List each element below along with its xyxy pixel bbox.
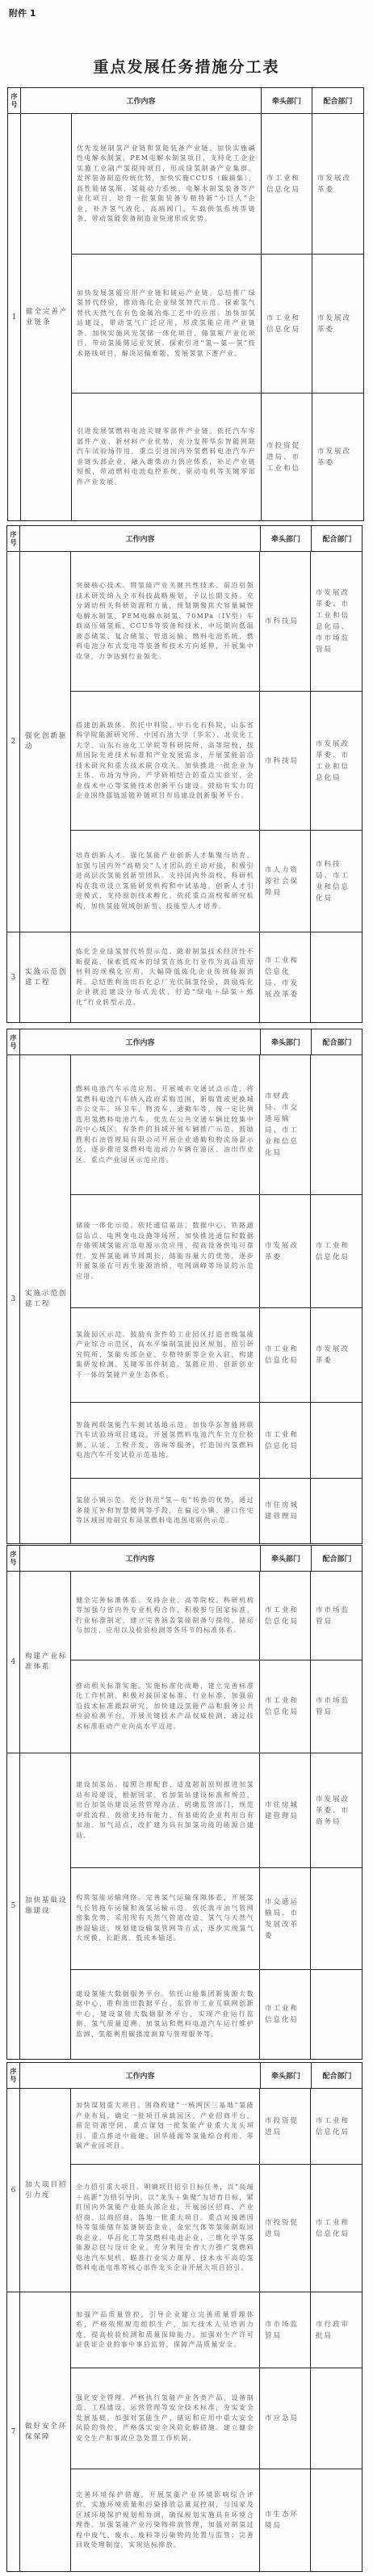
- task-group: 2强化创新驱动突破核心技术。将氢能产业关键共性技术、前沿引领技术研发纳入全市科技…: [7, 552, 362, 932]
- task-number: 3: [7, 932, 20, 1022]
- table-segment: 序号工作内容牵头部门配合部门3实施示范创建工程燃料电池汽车示范应用。开展城市交通…: [6, 1029, 363, 1544]
- table-row: 燃料电池汽车示范应用。开展城市交通试点示范，将氢燃料电池汽车纳入政府采购范围，新…: [71, 1055, 362, 1195]
- lead-department: 市科技局: [260, 692, 311, 830]
- table-row: 全力招引重大项目。明确项目招引目标任务，以“高端＋高新”为招引导向，以“龙头＋集…: [71, 2165, 362, 2292]
- header-no: 序号: [7, 2063, 20, 2088]
- table-row: 构筑氢能运输网络。完善氢气运输保障体系，开展氢气长管拖车运输和液氢运输示范。依托…: [71, 1868, 362, 1970]
- header-lead: 牵头部门: [262, 88, 312, 113]
- table-row: 突破核心技术。将氢能产业关键共性技术、前沿引领技术研发纳入全市科技战略规划，予以…: [71, 552, 362, 692]
- task-number: 1: [8, 114, 21, 520]
- table-row: 智能网联氢能汽车测试基地示范。加快华东智能网联汽车试验场项目建设，开展氢燃料电池…: [71, 1403, 362, 1479]
- table-row: 加快发展氢能应用产业链和储运产业链。总结推广绿氢替代经验，推动炼化企业绿氢替代示…: [72, 255, 363, 394]
- header-work: 工作内容: [20, 2063, 261, 2088]
- lead-department: 市工业和信息化局: [260, 1970, 311, 2059]
- table-row: 引进发展氢燃料电池关键零部件产业链。依托汽车零部件产业、新材料产业优势，充分发挥…: [72, 394, 363, 520]
- table-segment: 序号工作内容牵头部门配合部门2强化创新驱动突破核心技术。将氢能产业关键共性技术、…: [6, 525, 363, 1023]
- cooperating-department: [311, 2469, 362, 2571]
- task-category: 实施示范创建工程: [20, 932, 71, 1022]
- task-group: 1健全完善产业链条优先发展制氢产业链和氢能装备产业链。加快实施碱性电解水制氢、P…: [8, 114, 363, 520]
- table-row: 炼化企业绿氢替代转型示范。随着制氢技术经济性不断提高，探索低成本的绿氢在炼化行业…: [71, 932, 362, 1022]
- cooperating-department: 市市场监管局: [311, 1572, 362, 1660]
- task-category: 构建产业标准体系: [20, 1572, 71, 1753]
- work-content: 全力招引重大项目。明确项目招引目标任务，以“高端＋高新”为招引导向，以“龙头＋集…: [71, 2165, 260, 2292]
- cooperating-department: 市发展改革委、市工业和信息化局: [311, 692, 362, 830]
- lead-department: 市工业和信息化局: [260, 1661, 311, 1753]
- work-content: 强化安全管理。严格执行氢能产业各类产品、设备制造、工程建设、运营管理等安全技术标…: [71, 2368, 260, 2469]
- lead-department: 市人力资源社会保障局: [260, 831, 311, 932]
- task-number: 5: [7, 1753, 20, 2059]
- work-content: 燃料电池汽车示范应用。开展城市交通试点示范，将氢燃料电池汽车纳入政府采购范围，新…: [71, 1055, 260, 1194]
- cooperating-department: [311, 1055, 362, 1194]
- work-content: 培育创新人才。强化氢能产业创新人才集聚与培育，加强与国内外“高精尖”人才团队的主…: [71, 831, 260, 932]
- work-content: 氢能园区示范。鼓励有条件的工业园区打造省级氢能产业综合示范区，高水平编制氢能园区…: [71, 1308, 260, 1402]
- cooperating-department: 市发展改革委: [311, 1308, 362, 1402]
- lead-department: 市交通运输局、市发展改革委: [260, 1868, 311, 1969]
- cooperating-department: 市市场监管局: [311, 1661, 362, 1753]
- table-header: 序号工作内容牵头部门配合部门: [7, 1546, 362, 1572]
- table-row: 健全完善标准体系。支持企业、高等院校、科研机构等加强与省内外专业机构合作，积极参…: [71, 1572, 362, 1661]
- lead-department: 市住房城建管理局: [260, 1753, 311, 1867]
- cooperating-department: [311, 1868, 362, 1969]
- table-row: 加快谋划重大项目。围绕构建“一核两区三基地”氢能产业布局，确定一批项目承载园区、…: [71, 2089, 362, 2165]
- annex-label: 附件 1: [9, 6, 36, 19]
- task-rows: 优先发展制氢产业链和氢能装备产业链。加快实施碱性电解水制氢、PEM电解水制氢项目…: [72, 114, 363, 520]
- lead-department: 市市场监管局: [260, 2292, 311, 2368]
- table-row: 储能一体化示范。依托通信基站、数据中心、铁路通信站点、电网变电设施等场所，加快推…: [71, 1195, 362, 1308]
- table-row: 完善环境保护措施。开展氢能产业环境影响综合评价，实施环境质量和污染排放总量双控制…: [71, 2469, 362, 2571]
- cooperating-department: 市科技局、市工业和信息化局: [311, 831, 362, 932]
- table-row: 氢能园区示范。鼓励有条件的工业园区打造省级氢能产业综合示范区，高水平编制氢能园区…: [71, 1308, 362, 1403]
- lead-department: 市工业和信息化局: [260, 1308, 311, 1402]
- cooperating-department: [311, 1970, 362, 2059]
- cooperating-department: [311, 932, 362, 1022]
- table-header: 序号工作内容牵头部门配合部门: [7, 1029, 362, 1055]
- work-content: 加强产品质量管控。引导企业建立完善质量管理体系，严格依照规范组织生产，加大技术人…: [71, 2292, 260, 2368]
- work-content: 炼化企业绿氢替代转型示范。随着制氢技术经济性不断提高，探索低成本的绿氢在炼化行业…: [71, 932, 260, 1022]
- cooperating-department: 市发展改革委、市工业和信息化局、市市场监管局: [311, 552, 362, 691]
- lead-department: 市投资促进局、市工业和信: [262, 394, 312, 520]
- table-row: 建设氢能大数据服务平台。依托山能集团新能源大数据中心、胜利油田数据平台、东营市工…: [71, 1970, 362, 2059]
- header-lead: 牵头部门: [261, 1029, 312, 1054]
- table-header: 序号工作内容牵头部门配合部门: [7, 2063, 362, 2089]
- cooperating-department: 市发展改革委、市商务局: [311, 1753, 362, 1867]
- header-coop: 配合部门: [312, 88, 363, 113]
- task-group: 3实施示范创建工程炼化企业绿氢替代转型示范。随着制氢技术经济性不断提高，探索低成…: [7, 932, 362, 1022]
- task-rows: 加强产品质量管控。引导企业建立完善质量管理体系，严格依照规范组织生产，加大技术人…: [71, 2292, 362, 2571]
- header-work: 工作内容: [20, 1029, 261, 1054]
- lead-department: 市应急局: [260, 2368, 311, 2469]
- header-no: 序号: [7, 1546, 20, 1571]
- task-group: 7做好安全环保保障加强产品质量管控。引导企业建立完善质量管理体系，严格依照规范组…: [7, 2292, 362, 2571]
- work-content: 建设氢能大数据服务平台。依托山能集团新能源大数据中心、胜利油田数据平台、东营市工…: [71, 1970, 260, 2059]
- header-no: 序号: [7, 526, 20, 551]
- task-rows: 加快谋划重大项目。围绕构建“一核两区三基地”氢能产业布局，确定一批项目承载园区、…: [71, 2089, 362, 2292]
- header-no: 序号: [8, 88, 21, 113]
- task-rows: 突破核心技术。将氢能产业关键共性技术、前沿引领技术研发纳入全市科技战略规划，予以…: [71, 552, 362, 932]
- lead-department: 市投资促进局: [260, 2089, 311, 2164]
- lead-department: 市工业和信息化局: [262, 255, 312, 393]
- table-row: 强化安全管理。严格执行氢能产业各类产品、设备制造、工程建设、运营管理等安全技术标…: [71, 2368, 362, 2469]
- header-lead: 牵头部门: [261, 2063, 312, 2088]
- lead-department: 市工业和信息化局、市发展改革委: [260, 932, 311, 1022]
- work-content: 智能网联氢能汽车测试基地示范。加快华东智能网联汽车试验场项目建设，开展氢燃料电池…: [71, 1403, 260, 1478]
- cooperating-department: 市发展改革委: [312, 394, 363, 520]
- task-number: 6: [7, 2089, 20, 2292]
- cooperating-department: 市工业和信息化局: [311, 2165, 362, 2292]
- header-coop: 配合部门: [312, 1029, 363, 1054]
- task-number: 3: [7, 1055, 20, 1543]
- lead-department: 市投资促进局: [260, 2165, 311, 2292]
- cooperating-department: 市工业和信息化局: [311, 1195, 362, 1307]
- task-number: 2: [7, 552, 20, 932]
- task-category: 实施示范创建工程: [20, 1055, 71, 1543]
- work-content: 加快发展氢能应用产业链和储运产业链。总结推广绿氢替代经验，推动炼化企业绿氢替代示…: [72, 255, 262, 393]
- work-content: 引进发展氢燃料电池关键零部件产业链。依托汽车零部件产业、新材料产业优势，充分发挥…: [72, 394, 262, 520]
- cooperating-department: [311, 1479, 362, 1543]
- lead-department: 市财政局、市交通运输局、市工业和信息化局: [260, 1055, 311, 1194]
- task-group: 4构建产业标准体系健全完善标准体系。支持企业、高等院校、科研机构等加强与省内外专…: [7, 1572, 362, 1753]
- page-title: 重点发展任务措施分工表: [0, 55, 373, 77]
- work-content: 健全完善标准体系。支持企业、高等院校、科研机构等加强与省内外专业机构合作，积极参…: [71, 1572, 260, 1660]
- work-content: 氢能小镇示范。充分利用“氢—电”转换的优势，通过多能互补和智慧微网等手段，在偏远…: [71, 1479, 260, 1543]
- task-number: 7: [7, 2292, 20, 2571]
- table-segment: 序号工作内容牵头部门配合部门4构建产业标准体系健全完善标准体系。支持企业、高等院…: [6, 1545, 363, 2060]
- work-content: 完善环境保护措施。开展氢能产业环境影响综合评价，实施环境质量和污染排放总量双控制…: [71, 2469, 260, 2571]
- table-row: 优先发展制氢产业链和氢能装备产业链。加快实施碱性电解水制氢、PEM电解水制氢项目…: [72, 114, 363, 255]
- task-rows: 建设加氢站。按照合理配套、适度超前原则推进加氢站布局建设，根据国家、省加氢站建设…: [71, 1753, 362, 2059]
- cooperating-department: 市发展改革委: [312, 255, 363, 393]
- cooperating-department: 市工业和信息化局: [311, 2089, 362, 2164]
- lead-department: 市工业和信息化局: [260, 1403, 311, 1478]
- header-work: 工作内容: [21, 88, 262, 113]
- table-row: 建设加氢站。按照合理配套、适度超前原则推进加氢站布局建设，根据国家、省加氢站建设…: [71, 1753, 362, 1868]
- cooperating-department: 市行政审批局: [311, 2292, 362, 2368]
- work-content: 优先发展制氢产业链和氢能装备产业链。加快实施碱性电解水制氢、PEM电解水制氢项目…: [72, 114, 262, 254]
- task-category: 做好安全环保保障: [20, 2292, 71, 2571]
- lead-department: 市生态环境局: [260, 2469, 311, 2571]
- header-work: 工作内容: [20, 526, 261, 551]
- work-content: 加快谋划重大项目。围绕构建“一核两区三基地”氢能产业布局，确定一批项目承载园区、…: [71, 2089, 260, 2164]
- work-content: 建设加氢站。按照合理配套、适度超前原则推进加氢站布局建设，根据国家、省加氢站建设…: [71, 1753, 260, 1867]
- work-content: 构筑氢能运输网络。完善氢气运输保障体系，开展氢气长管拖车运输和液氢运输示范。依托…: [71, 1868, 260, 1969]
- lead-department: 市科技局: [260, 552, 311, 691]
- task-rows: 健全完善标准体系。支持企业、高等院校、科研机构等加强与省内外专业机构合作，积极参…: [71, 1572, 362, 1753]
- table-row: 氢能小镇示范。充分利用“氢—电”转换的优势，通过多能互补和智慧微网等手段，在偏远…: [71, 1479, 362, 1543]
- task-category: 加快基础设施建设: [20, 1753, 71, 2059]
- work-content: 推动相关标准实施。实施标准化战略，建立完善标准化工作机制，积极对接国家标准、行业…: [71, 1661, 260, 1753]
- header-coop: 配合部门: [312, 2063, 363, 2088]
- task-rows: 炼化企业绿氢替代转型示范。随着制氢技术经济性不断提高，探索低成本的绿氢在炼化行业…: [71, 932, 362, 1022]
- task-category: 加大项目招引力度: [20, 2089, 71, 2292]
- table-segment: 序号工作内容牵头部门配合部门6加大项目招引力度加快谋划重大项目。围绕构建“一核两…: [6, 2062, 363, 2572]
- task-category: 强化创新驱动: [20, 552, 71, 932]
- header-no: 序号: [7, 1029, 20, 1054]
- cooperating-department: [311, 2368, 362, 2469]
- task-rows: 燃料电池汽车示范应用。开展城市交通试点示范，将氢燃料电池汽车纳入政府采购范围，新…: [71, 1055, 362, 1543]
- table-header: 序号工作内容牵头部门配合部门: [7, 526, 362, 552]
- table-row: 培育创新人才。强化氢能产业创新人才集聚与培育，加强与国内外“高精尖”人才团队的主…: [71, 831, 362, 932]
- work-content: 搭建创新载体。依托中科院、中石化石科院、山东省科学院能源研究所、中国石油大学（华…: [71, 692, 260, 830]
- task-group: 5加快基础设施建设建设加氢站。按照合理配套、适度超前原则推进加氢站布局建设，根据…: [7, 1753, 362, 2059]
- cooperating-department: [311, 1403, 362, 1478]
- lead-department: 市发展改革委: [260, 1195, 311, 1307]
- work-content: 突破核心技术。将氢能产业关键共性技术、前沿引领技术研发纳入全市科技战略规划，予以…: [71, 552, 260, 691]
- lead-department: 市工业和信息化局: [262, 114, 312, 254]
- table-row: 推动相关标准实施。实施标准化战略，建立完善标准化工作机制，积极对接国家标准、行业…: [71, 1661, 362, 1753]
- work-content: 储能一体化示范。依托通信基站、数据中心、铁路通信站点、电网变电设施等场所，加快推…: [71, 1195, 260, 1307]
- task-category: 健全完善产业链条: [21, 114, 72, 520]
- header-coop: 配合部门: [312, 526, 363, 551]
- cooperating-department: 市发展改革委: [312, 114, 363, 254]
- header-lead: 牵头部门: [261, 526, 312, 551]
- task-group: 3实施示范创建工程燃料电池汽车示范应用。开展城市交通试点示范，将氢燃料电池汽车纳…: [7, 1055, 362, 1543]
- table-segment: 序号工作内容牵头部门配合部门1健全完善产业链条优先发展制氢产业链和氢能装备产业链…: [7, 87, 364, 521]
- header-coop: 配合部门: [312, 1546, 363, 1571]
- lead-department: 市工业和信息化局: [260, 1572, 311, 1660]
- task-group: 6加大项目招引力度加快谋划重大项目。围绕构建“一核两区三基地”氢能产业布局，确定…: [7, 2089, 362, 2292]
- header-lead: 牵头部门: [261, 1546, 312, 1571]
- table-header: 序号工作内容牵头部门配合部门: [8, 88, 363, 114]
- table-row: 加强产品质量管控。引导企业建立完善质量管理体系，严格依照规范组织生产，加大技术人…: [71, 2292, 362, 2368]
- lead-department: 市住房城建管理局: [260, 1479, 311, 1543]
- table-row: 搭建创新载体。依托中科院、中石化石科院、山东省科学院能源研究所、中国石油大学（华…: [71, 692, 362, 831]
- header-work: 工作内容: [20, 1546, 261, 1571]
- task-number: 4: [7, 1572, 20, 1753]
